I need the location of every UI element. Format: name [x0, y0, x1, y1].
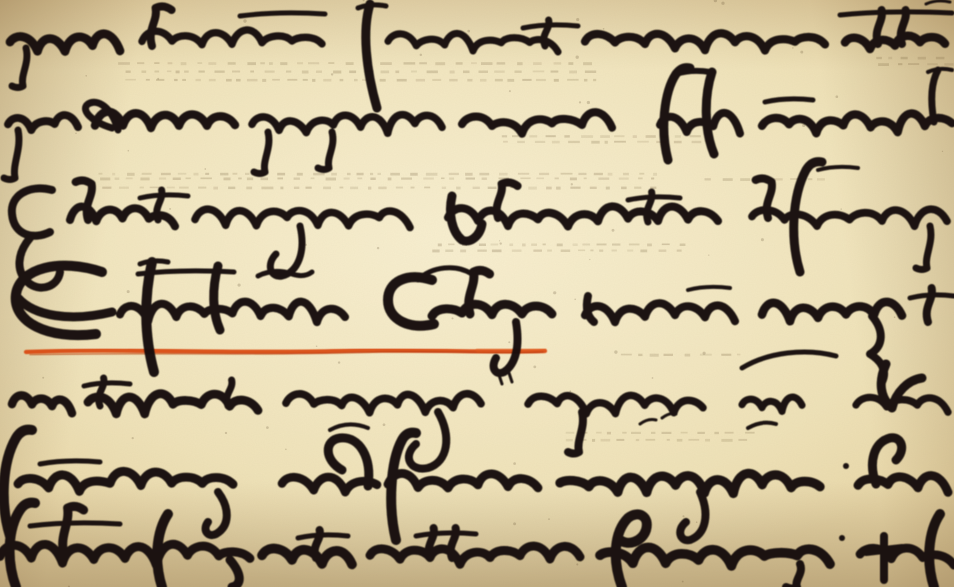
- paper-speckle: [513, 462, 516, 465]
- bleedthrough-mark: [397, 79, 407, 82]
- paper-speckle: [467, 30, 470, 33]
- bleedthrough-mark: [435, 62, 445, 65]
- paper-speckle: [614, 350, 617, 353]
- bleedthrough-mark: [533, 71, 545, 73]
- bleedthrough-mark: [395, 71, 399, 74]
- bleedthrough-mark: [199, 71, 205, 73]
- bleedthrough-mark: [531, 244, 537, 246]
- bleedthrough-mark: [380, 62, 392, 65]
- bleedthrough-mark: [272, 79, 280, 81]
- bleedthrough-mark: [621, 187, 627, 190]
- bleedthrough-mark: [350, 187, 358, 190]
- bleedthrough-mark: [612, 250, 617, 252]
- bleedthrough-mark: [426, 173, 438, 176]
- bleedthrough-mark: [236, 79, 241, 82]
- bleedthrough-mark: [590, 187, 597, 189]
- ink-letter-stroke: [676, 71, 710, 74]
- bleedthrough-mark: [583, 62, 592, 65]
- bleedthrough-mark: [605, 141, 608, 144]
- bleedthrough-mark: [233, 173, 238, 175]
- bleedthrough-mark: [650, 354, 659, 357]
- bleedthrough-mark: [561, 250, 571, 253]
- paper-speckle: [509, 90, 511, 92]
- bleedthrough-mark: [388, 178, 392, 181]
- bleedthrough-mark: [308, 62, 319, 64]
- paper-speckle: [553, 291, 556, 294]
- bleedthrough-mark: [228, 187, 235, 190]
- bleedthrough-mark: [700, 354, 712, 356]
- bleedthrough-mark: [690, 135, 701, 137]
- bleedthrough-mark: [479, 173, 489, 176]
- bleedthrough-mark: [316, 71, 322, 73]
- bleedthrough-mark: [294, 187, 299, 189]
- paper-speckle: [377, 247, 379, 249]
- bleedthrough-mark: [646, 135, 656, 138]
- bleedthrough-mark: [600, 135, 610, 138]
- bleedthrough-mark: [438, 244, 442, 247]
- bleedthrough-mark: [677, 439, 683, 442]
- bleedthrough-mark: [552, 141, 560, 144]
- bleedthrough-mark: [622, 432, 626, 434]
- paper-speckle: [383, 423, 386, 426]
- bleedthrough-mark: [680, 244, 686, 247]
- bleedthrough-mark: [247, 79, 258, 82]
- bleedthrough-mark: [297, 62, 303, 64]
- bleedthrough-mark: [901, 57, 908, 60]
- paper-speckle: [721, 2, 724, 5]
- bleedthrough-mark: [178, 173, 187, 175]
- bleedthrough-mark: [479, 244, 486, 247]
- paper-speckle: [42, 377, 44, 379]
- bleedthrough-mark: [621, 354, 632, 356]
- bleedthrough-mark: [99, 173, 103, 175]
- bleedthrough-mark: [449, 178, 454, 180]
- paper-speckle: [587, 101, 590, 104]
- paper-speckle: [266, 426, 269, 429]
- bleedthrough-mark: [456, 187, 461, 190]
- bleedthrough-mark: [633, 135, 637, 138]
- bleedthrough-mark: [522, 79, 531, 81]
- bleedthrough-mark: [555, 178, 559, 180]
- bleedthrough-mark: [503, 141, 508, 143]
- bleedthrough-mark: [569, 71, 577, 74]
- bleedthrough-mark: [245, 173, 249, 175]
- bleedthrough-mark: [441, 178, 445, 180]
- bleedthrough-mark: [494, 71, 505, 73]
- bleedthrough-mark: [612, 244, 620, 246]
- bleedthrough-mark: [346, 62, 354, 65]
- bleedthrough-mark: [898, 63, 902, 65]
- bleedthrough-mark: [142, 71, 147, 73]
- bleedthrough-mark: [566, 439, 573, 442]
- bleedthrough-mark: [480, 79, 487, 82]
- bleedthrough-mark: [515, 71, 522, 73]
- bleedthrough-mark: [262, 79, 266, 82]
- bleedthrough-mark: [344, 178, 350, 180]
- bleedthrough-mark: [432, 250, 439, 253]
- bleedthrough-mark: [688, 439, 699, 441]
- bleedthrough-mark: [725, 432, 734, 434]
- bleedthrough-mark: [209, 79, 216, 81]
- bleedthrough-mark: [888, 57, 892, 60]
- bleedthrough-mark: [499, 173, 508, 176]
- bleedthrough-mark: [638, 178, 643, 180]
- bleedthrough-mark: [126, 178, 133, 180]
- bleedthrough-mark: [561, 173, 573, 175]
- bleedthrough-mark: [646, 439, 656, 441]
- bleedthrough-mark: [287, 79, 297, 81]
- bleedthrough-mark: [411, 187, 415, 189]
- bleedthrough-mark: [347, 173, 351, 175]
- paper-speckle: [169, 208, 171, 210]
- bleedthrough-mark: [908, 63, 919, 65]
- paper-speckle: [708, 254, 709, 255]
- bleedthrough-mark: [150, 187, 160, 189]
- bleedthrough-mark: [246, 187, 252, 190]
- bleedthrough-mark: [664, 354, 674, 356]
- red-underline: [478, 349, 544, 350]
- bleedthrough-mark: [140, 187, 144, 189]
- paper-speckle: [157, 78, 159, 80]
- bleedthrough-mark: [277, 173, 285, 176]
- paper-speckle: [285, 449, 287, 451]
- bleedthrough-mark: [265, 71, 275, 73]
- bleedthrough-mark: [226, 79, 232, 82]
- bleedthrough-mark: [614, 135, 624, 137]
- bleedthrough-mark: [450, 71, 455, 74]
- bleedthrough-mark: [167, 71, 172, 73]
- bleedthrough-mark: [631, 432, 641, 434]
- paper-speckle: [603, 28, 605, 30]
- bleedthrough-mark: [280, 62, 287, 65]
- bleedthrough-mark: [302, 71, 309, 74]
- paper-speckle: [652, 377, 654, 379]
- bleedthrough-mark: [597, 244, 607, 246]
- bleedthrough-mark: [311, 178, 315, 180]
- bleedthrough-mark: [294, 178, 300, 180]
- bleedthrough-mark: [637, 141, 649, 143]
- bleedthrough-mark: [481, 62, 493, 65]
- bleedthrough-mark: [479, 71, 489, 74]
- bleedthrough-mark: [184, 71, 189, 73]
- paper-speckle: [682, 515, 684, 517]
- paper-speckle: [761, 238, 764, 241]
- bleedthrough-mark: [584, 79, 587, 82]
- bleedthrough-mark: [432, 79, 441, 81]
- bleedthrough-mark: [297, 173, 303, 176]
- paper-speckle: [696, 521, 698, 523]
- bleedthrough-mark: [423, 178, 434, 180]
- bleedthrough-mark: [326, 178, 336, 181]
- bleedthrough-mark: [546, 187, 552, 190]
- bleedthrough-mark: [340, 79, 344, 81]
- bleedthrough-mark: [368, 187, 371, 190]
- bleedthrough-mark: [592, 439, 595, 442]
- bleedthrough-mark: [168, 62, 173, 64]
- bleedthrough-mark: [194, 173, 199, 176]
- bleedthrough-mark: [662, 244, 670, 246]
- paper-speckle: [128, 150, 130, 152]
- bleedthrough-mark: [115, 178, 120, 180]
- bleedthrough-mark: [401, 178, 412, 180]
- paper-speckle: [835, 95, 838, 98]
- bleedthrough-mark: [127, 173, 135, 176]
- ink-dot: [839, 535, 845, 541]
- bleedthrough-mark: [638, 354, 642, 356]
- bleedthrough-mark: [944, 63, 953, 65]
- bleedthrough-mark: [126, 71, 131, 73]
- bleedthrough-mark: [599, 250, 603, 252]
- paper-speckle: [500, 242, 502, 244]
- bleedthrough-mark: [186, 178, 191, 180]
- bleedthrough-mark: [584, 178, 587, 180]
- bleedthrough-mark: [918, 57, 926, 60]
- bleedthrough-mark: [608, 173, 613, 176]
- paper-speckle: [682, 581, 684, 583]
- bleedthrough-mark: [629, 244, 640, 246]
- paper-speckle: [792, 47, 793, 48]
- bleedthrough-mark: [215, 71, 225, 73]
- bleedthrough-mark: [410, 173, 418, 176]
- bleedthrough-mark: [323, 79, 331, 82]
- bleedthrough-mark: [173, 178, 181, 181]
- bleedthrough-mark: [528, 187, 537, 190]
- paper-speckle: [127, 290, 130, 293]
- bleedthrough-mark: [312, 79, 315, 82]
- bleedthrough-mark: [424, 187, 430, 189]
- bleedthrough-mark: [606, 187, 610, 190]
- bleedthrough-mark: [261, 178, 269, 181]
- bleedthrough-mark: [547, 250, 552, 252]
- bleedthrough-mark: [616, 439, 624, 441]
- bleedthrough-mark: [596, 432, 602, 434]
- paper-speckle: [612, 229, 615, 232]
- bleedthrough-mark: [396, 187, 403, 189]
- bleedthrough-mark: [491, 244, 499, 246]
- paper-speckle: [942, 151, 943, 152]
- paper-speckle: [204, 168, 206, 170]
- bleedthrough-mark: [378, 187, 386, 190]
- bleedthrough-mark: [662, 432, 672, 434]
- bleedthrough-mark: [570, 178, 577, 181]
- bleedthrough-mark: [247, 62, 256, 65]
- bleedthrough-mark: [936, 57, 945, 60]
- bleedthrough-mark: [465, 173, 473, 176]
- bleedthrough-mark: [685, 354, 691, 357]
- bleedthrough-mark: [313, 173, 324, 176]
- bleedthrough-mark: [659, 250, 667, 252]
- bleedthrough-mark: [419, 62, 427, 64]
- bleedthrough-mark: [607, 432, 611, 435]
- bleedthrough-mark: [125, 79, 136, 81]
- bleedthrough-mark: [570, 187, 580, 189]
- bleedthrough-mark: [232, 71, 240, 73]
- bleedthrough-mark: [220, 173, 228, 176]
- bleedthrough-mark: [634, 187, 641, 189]
- bleedthrough-mark: [201, 178, 212, 180]
- bleedthrough-mark: [146, 79, 150, 81]
- bleedthrough-mark: [205, 173, 209, 175]
- bleedthrough-mark: [492, 250, 502, 253]
- bleedthrough-mark: [536, 79, 546, 81]
- bleedthrough-mark: [517, 62, 523, 65]
- bleedthrough-mark: [102, 187, 111, 189]
- bleedthrough-mark: [593, 79, 596, 81]
- bleedthrough-mark: [556, 187, 561, 190]
- bleedthrough-mark: [623, 173, 629, 176]
- bleedthrough-mark: [681, 432, 688, 434]
- paper-speckle: [75, 133, 77, 135]
- bleedthrough-mark: [564, 135, 569, 137]
- bleedthrough-mark: [566, 432, 575, 434]
- bleedthrough-mark: [250, 71, 254, 73]
- bleedthrough-mark: [639, 173, 644, 175]
- bleedthrough-mark: [573, 244, 578, 247]
- paper-speckle: [571, 183, 573, 185]
- bleedthrough-mark: [876, 57, 882, 59]
- bleedthrough-mark: [581, 135, 593, 138]
- bleedthrough-mark: [674, 141, 682, 144]
- bleedthrough-mark: [543, 244, 546, 246]
- ink-dot: [843, 463, 849, 469]
- bleedthrough-mark: [247, 178, 253, 181]
- bleedthrough-mark: [349, 71, 356, 74]
- paper-speckle: [238, 284, 241, 287]
- bleedthrough-mark: [636, 439, 639, 441]
- bleedthrough-mark: [878, 63, 889, 66]
- bleedthrough-mark: [677, 250, 682, 252]
- bleedthrough-mark: [416, 79, 425, 82]
- bleedthrough-mark: [692, 141, 702, 143]
- paper-speckle: [132, 437, 134, 439]
- bleedthrough-mark: [533, 250, 542, 252]
- paper-speckle: [894, 316, 896, 318]
- bleedthrough-mark: [653, 173, 657, 176]
- bleedthrough-mark: [448, 244, 454, 246]
- bleedthrough-mark: [554, 62, 562, 64]
- bleedthrough-mark: [100, 178, 110, 181]
- bleedthrough-mark: [598, 178, 609, 180]
- bleedthrough-mark: [357, 178, 362, 180]
- bleedthrough-mark: [181, 62, 187, 65]
- bleedthrough-mark: [520, 178, 530, 180]
- bleedthrough-mark: [411, 71, 417, 73]
- bleedthrough-mark: [471, 62, 477, 64]
- bleedthrough-mark: [568, 141, 580, 143]
- bleedthrough-mark: [533, 62, 542, 65]
- bleedthrough-mark: [112, 173, 115, 176]
- bleedthrough-mark: [280, 187, 283, 190]
- bleedthrough-mark: [705, 178, 711, 180]
- bleedthrough-mark: [370, 178, 375, 181]
- bleedthrough-mark: [161, 173, 171, 175]
- bleedthrough-mark: [488, 187, 497, 189]
- paper-speckle: [574, 298, 576, 300]
- bleedthrough-mark: [536, 178, 544, 180]
- paper-speckle: [576, 56, 579, 59]
- bleedthrough-mark: [449, 173, 459, 175]
- bleedthrough-mark: [118, 62, 130, 65]
- paper-speckle: [569, 390, 571, 392]
- bleedthrough-mark: [640, 250, 647, 253]
- bleedthrough-mark: [482, 178, 487, 180]
- bleedthrough-mark: [378, 173, 382, 175]
- bleedthrough-mark: [261, 187, 273, 190]
- paper-speckle: [802, 124, 805, 127]
- bleedthrough-mark: [502, 135, 507, 137]
- bleedthrough-mark: [497, 62, 506, 64]
- bleedthrough-mark: [509, 244, 513, 247]
- paper-speckle: [85, 75, 87, 77]
- bleedthrough-mark: [354, 79, 358, 81]
- bleedthrough-mark: [667, 439, 670, 441]
- bleedthrough-mark: [176, 71, 180, 74]
- bleedthrough-mark: [137, 62, 144, 64]
- bleedthrough-mark: [535, 141, 545, 143]
- bleedthrough-mark: [512, 135, 518, 137]
- bleedthrough-mark: [714, 432, 719, 434]
- paper-speckle: [316, 345, 318, 347]
- bleedthrough-mark: [647, 244, 652, 247]
- bleedthrough-mark: [277, 178, 283, 180]
- bleedthrough-mark: [303, 79, 308, 81]
- bleedthrough-mark: [568, 62, 573, 65]
- bleedthrough-mark: [381, 71, 390, 74]
- bleedthrough-mark: [808, 178, 813, 180]
- bleedthrough-mark: [328, 62, 334, 64]
- bleedthrough-mark: [495, 79, 503, 82]
- bleedthrough-mark: [159, 178, 166, 180]
- bleedthrough-mark: [557, 244, 563, 247]
- bleedthrough-mark: [554, 79, 559, 82]
- bleedthrough-mark: [594, 173, 603, 175]
- bleedthrough-mark: [238, 178, 242, 180]
- bleedthrough-mark: [551, 71, 559, 73]
- bleedthrough-mark: [477, 250, 486, 252]
- bleedthrough-mark: [370, 173, 373, 175]
- bleedthrough-mark: [208, 62, 216, 65]
- bleedthrough-mark: [614, 141, 626, 143]
- bleedthrough-mark: [427, 71, 438, 74]
- bleedthrough-mark: [740, 178, 750, 181]
- bleedthrough-mark: [723, 178, 733, 181]
- bleedthrough-mark: [340, 187, 344, 189]
- bleedthrough-mark: [467, 79, 472, 82]
- paper-speckle: [800, 51, 803, 54]
- bleedthrough-mark: [442, 187, 446, 189]
- bleedthrough-mark: [260, 62, 265, 64]
- bleedthrough-mark: [466, 178, 475, 180]
- bleedthrough-mark: [390, 173, 400, 176]
- bleedthrough-mark: [306, 187, 312, 189]
- bleedthrough-mark: [578, 173, 586, 175]
- bleedthrough-mark: [404, 62, 416, 64]
- paper-speckle: [338, 361, 340, 363]
- bleedthrough-mark: [651, 178, 654, 180]
- bleedthrough-mark: [357, 173, 364, 176]
- bleedthrough-mark: [601, 439, 611, 442]
- bleedthrough-mark: [567, 79, 579, 81]
- paper-speckle: [703, 352, 706, 355]
- bleedthrough-mark: [507, 79, 514, 82]
- paper-speckle: [579, 101, 581, 103]
- manuscript-photo: [0, 0, 954, 587]
- bleedthrough-mark: [585, 71, 596, 74]
- bleedthrough-mark: [333, 71, 341, 74]
- bleedthrough-mark: [456, 62, 463, 64]
- paper-speckle: [225, 432, 227, 434]
- bleedthrough-mark: [197, 62, 202, 64]
